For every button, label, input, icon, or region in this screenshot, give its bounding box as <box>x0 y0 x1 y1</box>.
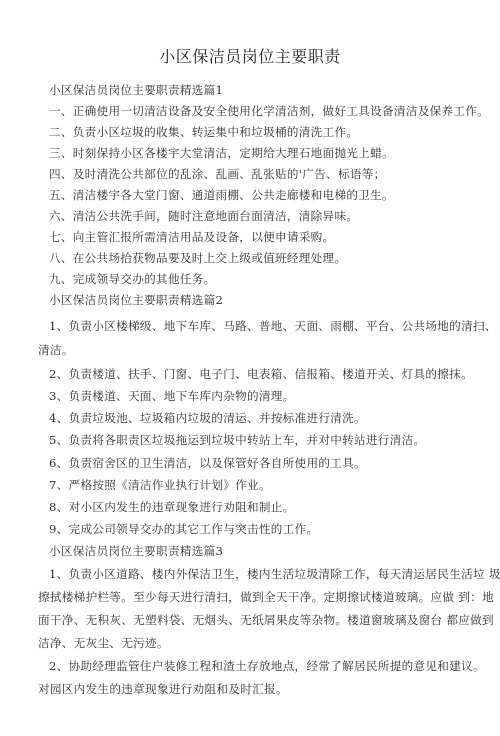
paragraph-line: 5、负责将各职责区垃圾拖运到垃圾中转站上车，并对中转站进行清洁。 <box>49 432 425 448</box>
paragraph-line: 五、清洁楼宇各大堂门窗、通道雨棚、公共走廊楼和电梯的卫生。 <box>49 187 394 203</box>
paragraph-line: 1、负责小区楼梯级、地下车库、马路、普地、天面、雨棚、平台、公共场地的清扫、 <box>49 318 497 334</box>
document-title: 小区保洁员岗位主要职责 <box>0 44 500 67</box>
paragraph-line: 3、负责楼道、天面、地下车库内杂物的清理。 <box>49 388 295 404</box>
paragraph-line: 9、完成公司领导交办的其它工作与突击性的工作。 <box>49 521 318 537</box>
section-heading: 小区保洁员岗位主要职责精选篇1 <box>49 82 223 98</box>
paragraph-line: 擦拭楼梯护栏等。至少每天进行清扫，做到全天干净。定期擦试楼道玻璃。应做 到：地 <box>38 589 494 605</box>
paragraph-line: 八、在公共场拾获物品要及时上交上级或值班经理处理。 <box>49 250 346 266</box>
paragraph-line: 面干净、无积灰、无塑料袋、无烟头、无纸屑果皮等杂物。楼道窗玻璃及窗台 都应做到 <box>38 612 494 628</box>
section-heading: 小区保洁员岗位主要职责精选篇3 <box>49 543 223 559</box>
paragraph-line: 六、清洁公共洗手间，随时注意地面台面清洁，清除异味。 <box>49 208 358 224</box>
document-page: 小区保洁员岗位主要职责 小区保洁员岗位主要职责精选篇1一、正确使用一切清洁设备及… <box>0 0 500 736</box>
paragraph-line: 七、向主管汇报所需清洁用品及设备，以便申请采购。 <box>49 229 334 245</box>
paragraph-line: 三、时刻保持小区各楼宇大堂清洁，定期给大理石地面抛光上蜡。 <box>49 145 394 161</box>
paragraph-line: 四、及时清洗公共部位的乱涂、乱画、乱张贴的'广告、标语等； <box>49 166 386 182</box>
paragraph-line: 对园区内发生的违章现象进行劝阻和及时汇报。 <box>38 681 288 697</box>
paragraph-line: 一、正确使用一切清洁设备及安全使用化学清洁剂，做好工具设备清洁及保养工作。 <box>49 103 489 119</box>
paragraph-line: 6、负责宿舍区的卫生清洁，以及保管好各自所使用的工具。 <box>49 455 366 471</box>
paragraph-line: 九、完成领导交办的其他任务。 <box>49 271 216 287</box>
paragraph-line: 洁净、无灰尘、无污迹。 <box>38 635 169 651</box>
paragraph-line: 8、对小区内发生的违章现象进行劝阻和制止。 <box>49 499 295 515</box>
section-heading: 小区保洁员岗位主要职责精选篇2 <box>49 292 223 308</box>
paragraph-line: 4、负责垃圾池、垃圾箱内垃圾的清运、并按标准进行清洗。 <box>49 410 366 426</box>
paragraph-line: 2、协助经理监管住户装修工程和渣土存放地点，经常了解居民所提的意见和建议。 <box>49 658 485 674</box>
paragraph-line: 7、严格按照《清洁作业执行计划》作业。 <box>49 477 271 493</box>
paragraph-line: 1、负责小区道路、楼内外保洁卫生，楼内生活垃圾清除工作，每天清运居民生活垃 圾， <box>49 566 500 582</box>
paragraph-line: 二、负责小区垃圾的收集、转运集中和垃圾桶的清洗工作。 <box>49 124 358 140</box>
paragraph-line: 2、负责楼道、扶手、门窗、电子门、电表箱、信报箱、楼道开关、灯具的擦抹。 <box>49 366 473 382</box>
paragraph-line: 清洁。 <box>38 342 74 358</box>
